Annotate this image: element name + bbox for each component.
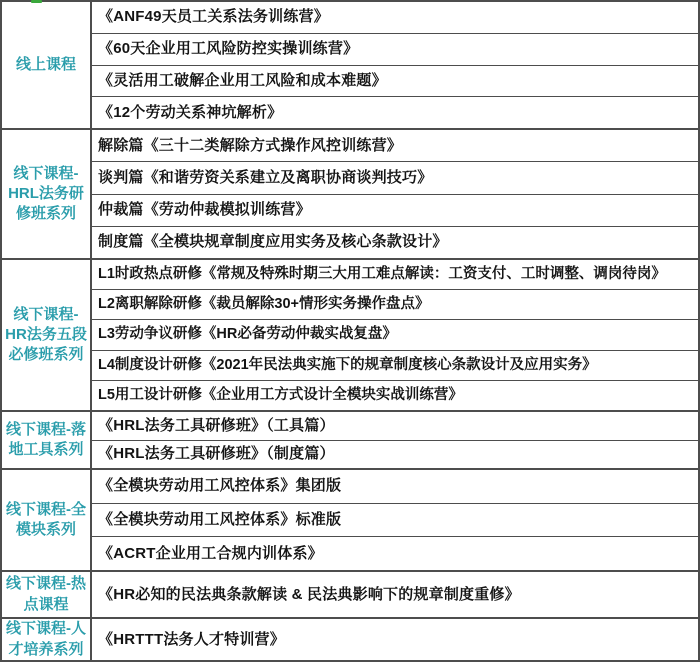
course-title: 《全模块劳动用工风控体系》集团版 [98,477,341,495]
course-row: 《HRL法务工具研修班》（工具篇） [92,412,698,440]
course-title: 《ANF49天员工关系法务训练营》 [98,8,329,26]
course-row: 《全模块劳动用工风控体系》标准版 [92,503,698,537]
corner-mark [31,0,42,3]
course-title: 《HRL法务工具研修班》（制度篇） [98,445,335,463]
category-cell: 线下课程-热点课程 [2,572,92,617]
course-list: 《ANF49天员工关系法务训练营》《60天企业用工风险防控实操训练营》《灵活用工… [92,2,698,128]
category-cell: 线下课程-HRL法务研修班系列 [2,130,92,258]
course-row: 《灵活用工破解企业用工风险和成本难题》 [92,65,698,97]
category-cell: 线下课程-HR法务五段必修班系列 [2,260,92,410]
course-row: L1时政热点研修《常规及特殊时期三大用工难点解读：工资支付、工时调整、调岗待岗》 [92,260,698,289]
course-row: 仲裁篇《劳动仲裁模拟训练营》 [92,194,698,226]
category-cell: 线上课程 [2,2,92,128]
course-row: 制度篇《全模块规章制度应用实务及核心条款设计》 [92,226,698,258]
course-title: 《HRTTT法务人才特训营》 [98,631,285,649]
course-list: 《HRTTT法务人才特训营》 [92,619,698,660]
table-section: 线下课程-人才培养系列《HRTTT法务人才特训营》 [2,617,698,660]
category-cell: 线下课程-落地工具系列 [2,412,92,468]
table-section: 线下课程-HRL法务研修班系列解除篇《三十二类解除方式操作风控训练营》谈判篇《和… [2,128,698,258]
category-cell: 线下课程-人才培养系列 [2,619,92,660]
course-list: 《全模块劳动用工风控体系》集团版《全模块劳动用工风控体系》标准版《ACRT企业用… [92,470,698,570]
course-list: 《HRL法务工具研修班》（工具篇）《HRL法务工具研修班》（制度篇） [92,412,698,468]
course-title: L2离职解除研修《裁员解除30+情形实务操作盘点》 [98,296,430,313]
course-title: 《灵活用工破解企业用工风险和成本难题》 [98,72,387,90]
course-table: 线上课程《ANF49天员工关系法务训练营》《60天企业用工风险防控实操训练营》《… [0,0,700,662]
course-title: L5用工设计研修《企业用工方式设计全模块实战训练营》 [98,387,463,404]
course-row: L2离职解除研修《裁员解除30+情形实务操作盘点》 [92,289,698,319]
course-title: 《HR必知的民法典条款解读 & 民法典影响下的规章制度重修》 [98,586,520,604]
course-title: 解除篇《三十二类解除方式操作风控训练营》 [98,137,402,155]
table-section: 线下课程-热点课程《HR必知的民法典条款解读 & 民法典影响下的规章制度重修》 [2,570,698,617]
course-row: 《全模块劳动用工风控体系》集团版 [92,470,698,503]
course-list: 解除篇《三十二类解除方式操作风控训练营》谈判篇《和谐劳资关系建立及离职协商谈判技… [92,130,698,258]
table-section: 线上课程《ANF49天员工关系法务训练营》《60天企业用工风险防控实操训练营》《… [2,2,698,128]
course-title: L1时政热点研修《常规及特殊时期三大用工难点解读：工资支付、工时调整、调岗待岗》 [98,266,666,283]
course-row: 《HRL法务工具研修班》（制度篇） [92,440,698,469]
course-title: 仲裁篇《劳动仲裁模拟训练营》 [98,201,311,219]
table-section: 线下课程-HR法务五段必修班系列L1时政热点研修《常规及特殊时期三大用工难点解读… [2,258,698,410]
course-row: 谈判篇《和谐劳资关系建立及离职协商谈判技巧》 [92,161,698,193]
course-title: 制度篇《全模块规章制度应用实务及核心条款设计》 [98,233,448,251]
course-title: 《12个劳动关系神坑解析》 [98,104,282,122]
table-section: 线下课程-全模块系列《全模块劳动用工风控体系》集团版《全模块劳动用工风控体系》标… [2,468,698,570]
category-cell: 线下课程-全模块系列 [2,470,92,570]
course-row: 《60天企业用工风险防控实操训练营》 [92,33,698,65]
course-title: 《ACRT企业用工合规内训体系》 [98,545,323,563]
course-title: 《60天企业用工风险防控实操训练营》 [98,40,358,58]
course-row: 《HR必知的民法典条款解读 & 民法典影响下的规章制度重修》 [92,572,698,617]
course-row: L3劳动争议研修《HR必备劳动仲裁实战复盘》 [92,319,698,349]
table-section: 线下课程-落地工具系列《HRL法务工具研修班》（工具篇）《HRL法务工具研修班》… [2,410,698,468]
course-row: 《HRTTT法务人才特训营》 [92,619,698,660]
course-title: 《HRL法务工具研修班》（工具篇） [98,417,335,435]
course-list: L1时政热点研修《常规及特殊时期三大用工难点解读：工资支付、工时调整、调岗待岗》… [92,260,698,410]
course-row: L4制度设计研修《2021年民法典实施下的规章制度核心条款设计及应用实务》 [92,350,698,380]
course-row: 《12个劳动关系神坑解析》 [92,96,698,128]
course-title: 谈判篇《和谐劳资关系建立及离职协商谈判技巧》 [98,169,432,187]
course-row: 解除篇《三十二类解除方式操作风控训练营》 [92,130,698,161]
course-row: 《ACRT企业用工合规内训体系》 [92,536,698,570]
course-title: L4制度设计研修《2021年民法典实施下的规章制度核心条款设计及应用实务》 [98,357,597,374]
course-row: 《ANF49天员工关系法务训练营》 [92,2,698,33]
course-list: 《HR必知的民法典条款解读 & 民法典影响下的规章制度重修》 [92,572,698,617]
course-row: L5用工设计研修《企业用工方式设计全模块实战训练营》 [92,380,698,410]
course-title: L3劳动争议研修《HR必备劳动仲裁实战复盘》 [98,326,397,343]
course-title: 《全模块劳动用工风控体系》标准版 [98,511,341,529]
